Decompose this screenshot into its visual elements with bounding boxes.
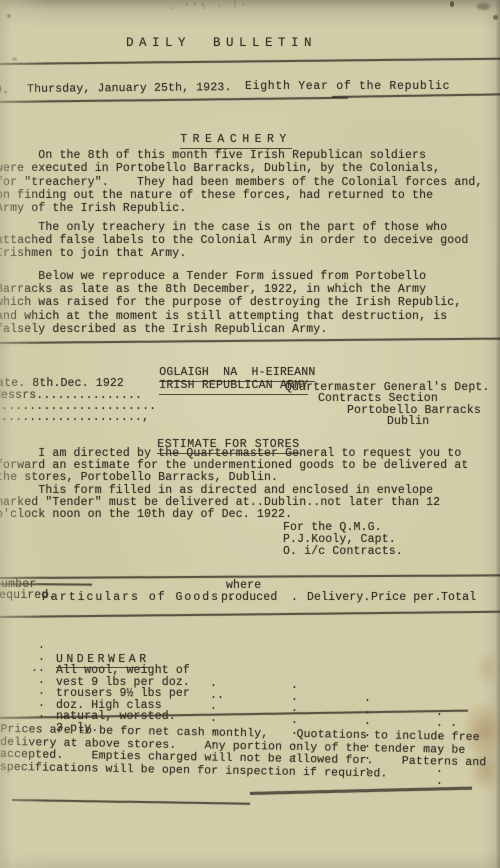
form-body: I am directed by the Quartermaster Gener… — [0, 448, 468, 521]
page-title: DAILY BULLETIN — [126, 37, 317, 50]
table-header-goods: Particulars of Goods — [42, 591, 220, 604]
pencil-annotation: · ''! · !· — [168, 0, 249, 16]
table-row: .. vest 9 lbs per doz. .. . . . — [0, 649, 500, 661]
dotted-line: ....................., — [0, 411, 149, 424]
table-row: . All wool, weight of . . . . . — [0, 638, 500, 650]
ink-speck — [450, 1, 454, 7]
ink-speck — [493, 15, 498, 20]
table-header-produced: produced — [221, 591, 277, 604]
table-header-separator: . — [291, 591, 298, 604]
divider — [0, 58, 500, 65]
divider — [250, 787, 472, 795]
table-header-total: Total — [441, 591, 476, 604]
org-name-english: IRISH REPUBLICAN ARMY — [131, 366, 308, 408]
table-header-price: Price per. — [371, 591, 442, 604]
table-row: . UNDERWEAR . . . — [0, 626, 500, 638]
table-row: . doz. High class . . . . — [0, 672, 500, 684]
article-heading-text: TREACHERY — [180, 133, 292, 148]
table-row: . natural, worsted. . . . . — [0, 684, 500, 696]
address-city: Dublin — [387, 415, 429, 428]
ink-smudge — [477, 3, 490, 10]
table-cell: . — [38, 708, 45, 721]
divider — [12, 799, 250, 804]
conditions-paragraph: Prices are to be for net cash monthly, Q… — [0, 724, 487, 783]
divider — [0, 338, 500, 344]
ink-speck — [12, 57, 17, 61]
issue-number: 9. — [0, 84, 9, 97]
divider — [332, 93, 500, 98]
table-row: . 3 ply. . . . . — [0, 695, 500, 707]
table-header-underline — [0, 611, 500, 618]
table-header-delivery: Delivery. — [307, 591, 370, 604]
year-line: Eighth Year of the Republic — [245, 80, 450, 93]
paragraph: Below we reproduce a Tender Form issued … — [0, 270, 461, 336]
date-line: Thursday, January 25th, 1923. — [27, 81, 232, 96]
signature-line: O. i/c Contracts. — [283, 545, 403, 558]
paragraph: The only treachery in the case is on the… — [0, 221, 468, 260]
ink-speck — [7, 14, 11, 18]
divider — [0, 97, 348, 103]
paragraph: On the 8th of this month five Irish Repu… — [0, 149, 483, 215]
document-page: · ''! · !· DAILY BULLETIN 9. Thursday, J… — [0, 0, 500, 868]
table-row: . trousers 9½ lbs per . . . . — [0, 661, 500, 673]
